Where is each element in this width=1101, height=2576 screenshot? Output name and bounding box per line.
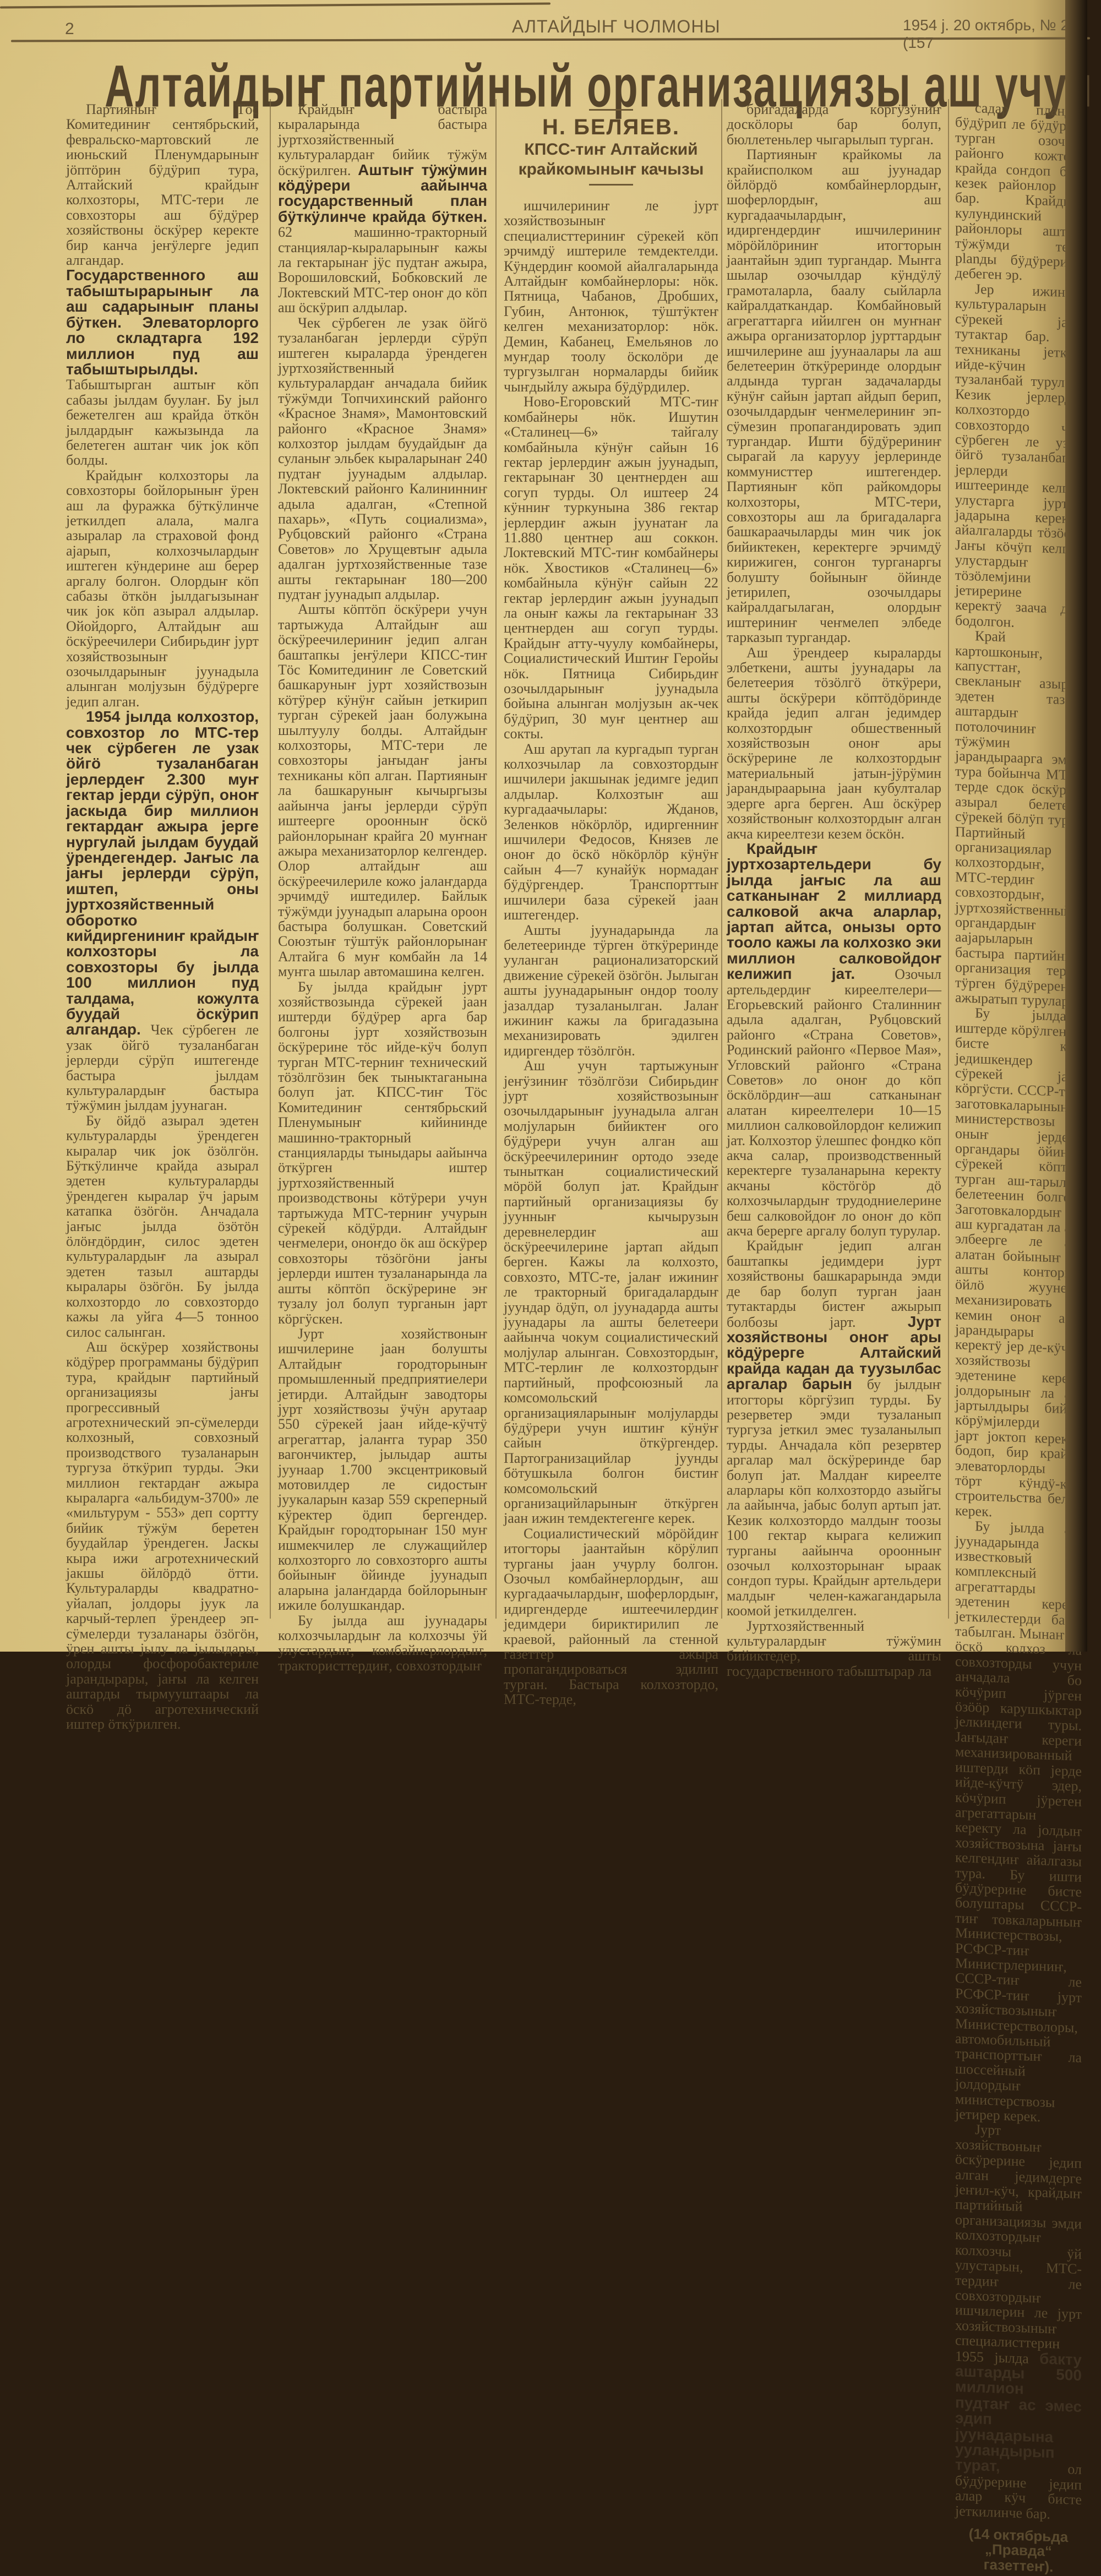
paragraph: Ново-Егоровский МТС-тиҥ комбайнеры нӧк. … — [504, 394, 718, 741]
column-divider — [270, 99, 271, 1619]
paragraph: Јурт хозяйствоныҥ ишчилерине јаан болушт… — [278, 1326, 487, 1613]
article-column-5: садар планды бӱдӱрип ле бӱдӱрип турган о… — [955, 100, 1082, 1652]
paragraph: садар планды бӱдӱрип ле бӱдӱрип турган о… — [955, 100, 1082, 285]
emphasis: 1954 јылда колхозтор, совхозтор ло МТС-т… — [66, 708, 259, 1038]
article-column-3: ишчилериниҥ ле јурт хозяйствозыныҥ специ… — [504, 102, 718, 1652]
paragraph: Крайдыҥ једип алган баштапкы једимдери ј… — [727, 1238, 941, 1618]
emphasis: Государственного аш табыштырарыныҥ ла аш… — [66, 266, 259, 377]
binding-edge — [1065, 0, 1087, 1652]
paragraph: бригадаларда кӧргӱзӱниҥ доскӧлоры бар бо… — [727, 102, 941, 147]
emphasis: Јурт хозяйствоны оноҥ ары кӧдӱрерге Алта… — [727, 1313, 941, 1393]
paragraph: Аш ӧскӱрер хозяйствоны кӧдӱрер программа… — [66, 1339, 259, 1652]
paragraph: Социалистический мӧрӧйдиҥ итогторы јаант… — [504, 1526, 718, 1652]
paragraph: Аш арутап ла кургадып турган колхозчылар… — [504, 742, 718, 923]
paragraph: Крайдыҥ бастыра кыраларында бастыра јурт… — [278, 102, 487, 315]
article-column-4: бригадаларда кӧргӱзӱниҥ доскӧлоры бар бо… — [727, 102, 941, 1652]
paragraph: Партияныҥ крайкомы ла крайисполком аш ју… — [727, 147, 941, 645]
paragraph: Бу јылда аш јуунадарында известковый ком… — [955, 1518, 1082, 1652]
paragraph: Аш учун тартыжуныҥ јеҥӱзиниҥ тӧзӧлгӧзи С… — [504, 1058, 718, 1526]
emphasis: Крайдыҥ јуртхозартельдери бу јылда јаҥыс… — [727, 840, 941, 982]
column-divider — [948, 99, 949, 1619]
paragraph: Край картошконыҥ, капусттаҥ, свекланыҥ а… — [955, 628, 1082, 1009]
paragraph: Бу јылда крайдыҥ јурт хозяйствозында сӱр… — [278, 979, 487, 1326]
paragraph: Бу ӧйдӧ азырал эдетен культураларды ӱрен… — [66, 1113, 259, 1339]
article-column-1: Партияныҥ Тӧс Комитединиҥ сентябрьский, … — [66, 102, 259, 1652]
issue-info: 1954 ј. 20 октябрь, № 208 (157 — [903, 17, 1087, 52]
paragraph: Ашты јуунадарында ла белетееринде тӱрген… — [504, 923, 718, 1059]
paragraph: Партияныҥ Тӧс Комитединиҥ сентябрьский, … — [66, 102, 259, 468]
paragraph: Аш ӱрендеер кыраларды элбеткени, ашты ју… — [727, 645, 941, 841]
paragraph: Бу јылдагы иштерде кӧрӱлгенин бисте кӧп … — [955, 1005, 1082, 1522]
paragraph: Крайдыҥ јуртхозартельдери бу јылда јаҥыс… — [727, 841, 941, 1239]
emphasis: Аштыҥ тӱжӱмин кӧдӱрери аайынча государст… — [278, 161, 487, 225]
newspaper-page: 2 АЛТАЙДЫҤ ЧОЛМОНЫ 1954 ј. 20 октябрь, №… — [0, 0, 1087, 1652]
paragraph: Јер ижиниҥ культураларын сӱрекей јаан ту… — [955, 281, 1082, 632]
column-divider — [495, 99, 497, 1619]
paragraph: Јуртхозяйственный культуралардыҥ тӱжӱмин… — [727, 1619, 941, 1652]
header-top-rule — [0, 3, 550, 9]
paragraph: Бу јылда аш јуунадары колхозчылардыҥ ла … — [278, 1613, 487, 1652]
paragraph: 1954 јылда колхозтор, совхозтор ло МТС-т… — [66, 709, 259, 1113]
newspaper-name: АЛТАЙДЫҤ ЧОЛМОНЫ — [512, 17, 721, 37]
article-column-2: Крайдыҥ бастыра кыраларында бастыра јурт… — [278, 102, 487, 1652]
paragraph: ишчилериниҥ ле јурт хозяйствозыныҥ специ… — [504, 198, 718, 394]
paragraph: Крайдыҥ колхозторы ла совхозторы бойлоры… — [66, 468, 259, 710]
page-number: 2 — [65, 20, 74, 39]
column-divider — [721, 99, 722, 1619]
paragraph: Ашты кӧптӧп ӧскӱрери учун тартыжуда Алта… — [278, 602, 487, 979]
paragraph: Чек сӱрбеген ле узак ӧйгӧ тузаланбаган ј… — [278, 315, 487, 602]
